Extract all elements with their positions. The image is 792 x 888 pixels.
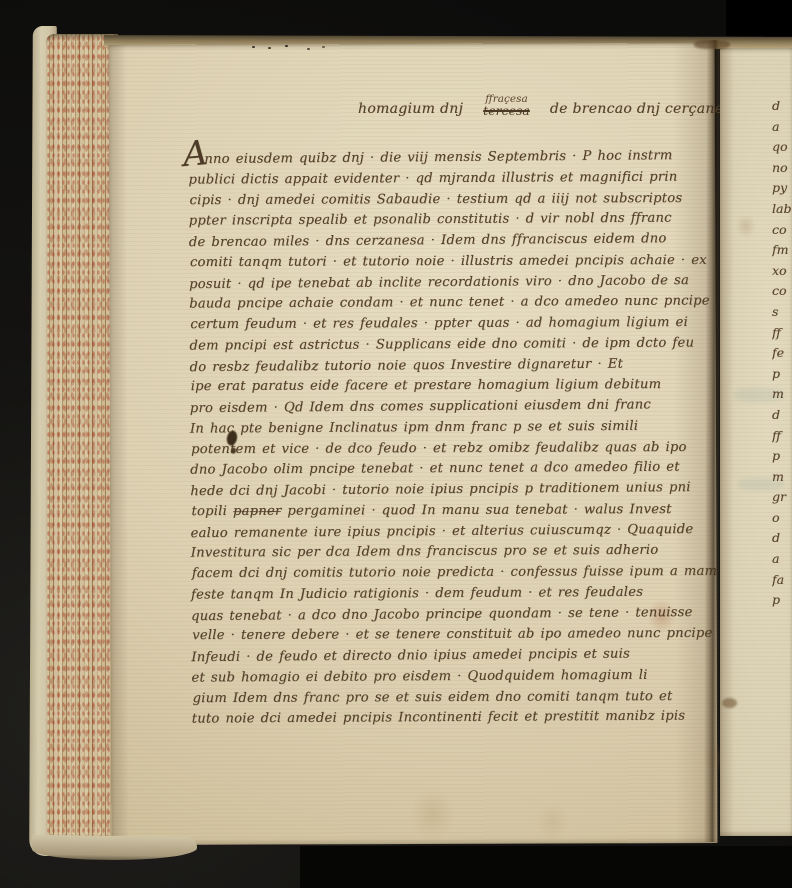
fragment: fe bbox=[772, 343, 792, 364]
fragment: d bbox=[772, 96, 792, 117]
fragment: qo bbox=[772, 137, 792, 158]
fragment: s bbox=[772, 302, 792, 323]
text-line: dem pncipi est astrictus · Supplicans ei… bbox=[189, 333, 707, 357]
text-line: cipis · dnj amedei comitis Sabaudie · te… bbox=[189, 188, 707, 211]
stain bbox=[736, 214, 756, 238]
text-line: gium Idem dns franc pro se et suis eidem… bbox=[193, 686, 711, 709]
text-line: Infeudi · de feudo et directo dnio ipius… bbox=[191, 644, 709, 669]
text-line: hede dci dnj Jacobi · tutorio noie ipius… bbox=[190, 478, 708, 503]
header-left: homagium dnj bbox=[358, 101, 463, 117]
main-text-block: nno eiusdem quibz dnj · die viij mensis … bbox=[188, 146, 710, 730]
manuscript-photo: homagium dnj ffraçesa tercesa de brencao… bbox=[0, 0, 792, 888]
text-line: posuit · qd ipe tenebat ab inclite recor… bbox=[189, 270, 707, 295]
fragment: m bbox=[772, 384, 792, 405]
fragment: ff bbox=[772, 323, 792, 344]
red-sprinkled-page-edges bbox=[46, 34, 118, 848]
fragment: lab bbox=[772, 199, 792, 220]
header-struck-word: tercesa bbox=[483, 105, 530, 118]
text-line: comiti tanqm tutori · et tutorio noie · … bbox=[190, 251, 708, 274]
text-line: facem dci dnj comitis tutorio noie predi… bbox=[192, 562, 710, 585]
text-line: In hac pte benigne Inclinatus ipm dnm fr… bbox=[190, 416, 708, 440]
text-line: publici dictis appait evidenter · qd mjr… bbox=[188, 167, 706, 191]
text-line: certum feudum · et res feudales · ppter … bbox=[190, 313, 708, 336]
text-line: nno eiusdem quibz dnj · die viij mensis … bbox=[188, 146, 706, 171]
fragment: d bbox=[772, 405, 792, 426]
fragment: p bbox=[772, 364, 792, 385]
dirt-specks bbox=[252, 46, 255, 48]
fragment: m bbox=[772, 467, 792, 488]
text-line: et sub homagio ei debito pro eisdem · Qu… bbox=[191, 665, 709, 689]
fragment: co bbox=[772, 220, 792, 241]
fragment: fa bbox=[772, 570, 792, 591]
text-line: potentem et vice · de dco feudo · et reb… bbox=[191, 437, 709, 460]
text-line: Investitura sic per dca Idem dns francis… bbox=[191, 541, 709, 565]
stain bbox=[694, 40, 730, 49]
fragment: a bbox=[772, 549, 792, 570]
text-line: tuto noie dci amedei pncipis Incontinent… bbox=[192, 707, 710, 731]
fragment: d bbox=[772, 528, 792, 549]
text-line: feste tanqm In Judicio ratigionis · dem … bbox=[191, 582, 709, 606]
backdrop-bottom bbox=[300, 846, 792, 888]
text-line: pro eisdem · Qd Idem dns comes supplicat… bbox=[190, 395, 708, 420]
book-cover-bottom-edge bbox=[32, 835, 197, 861]
text-line: ealuo remanente iure ipius pncipis · et … bbox=[190, 519, 708, 544]
fragment: co bbox=[772, 281, 792, 302]
text-line: de brencao miles · dns cerzanesa · Idem … bbox=[189, 229, 707, 254]
stain bbox=[535, 801, 569, 841]
fragment: gr bbox=[772, 487, 792, 508]
header-correction: ffraçesa tercesa bbox=[483, 94, 530, 117]
fragment: xo bbox=[772, 261, 792, 282]
stain bbox=[409, 786, 455, 842]
facing-page-text-fragments: d a qo no py lab co fm xo co s ff fe p m… bbox=[772, 96, 792, 611]
fragment: p bbox=[772, 446, 792, 467]
fragment: p bbox=[772, 590, 792, 611]
text-line: topili p̶a̶p̶n̶e̶r̶ pergaminei · quod In… bbox=[191, 500, 709, 523]
text-line: bauda pncipe achaie condam · et nunc ten… bbox=[189, 292, 707, 316]
fragment: o bbox=[772, 508, 792, 529]
fragment: no bbox=[772, 158, 792, 179]
backdrop-corner bbox=[726, 0, 792, 36]
stain bbox=[722, 698, 737, 708]
header-annotation: homagium dnj ffraçesa tercesa de brencao… bbox=[358, 94, 739, 117]
fragment: py bbox=[772, 178, 792, 199]
fragment: fm bbox=[772, 240, 792, 261]
fragment: a bbox=[772, 117, 792, 138]
fragment: ff bbox=[772, 426, 792, 447]
